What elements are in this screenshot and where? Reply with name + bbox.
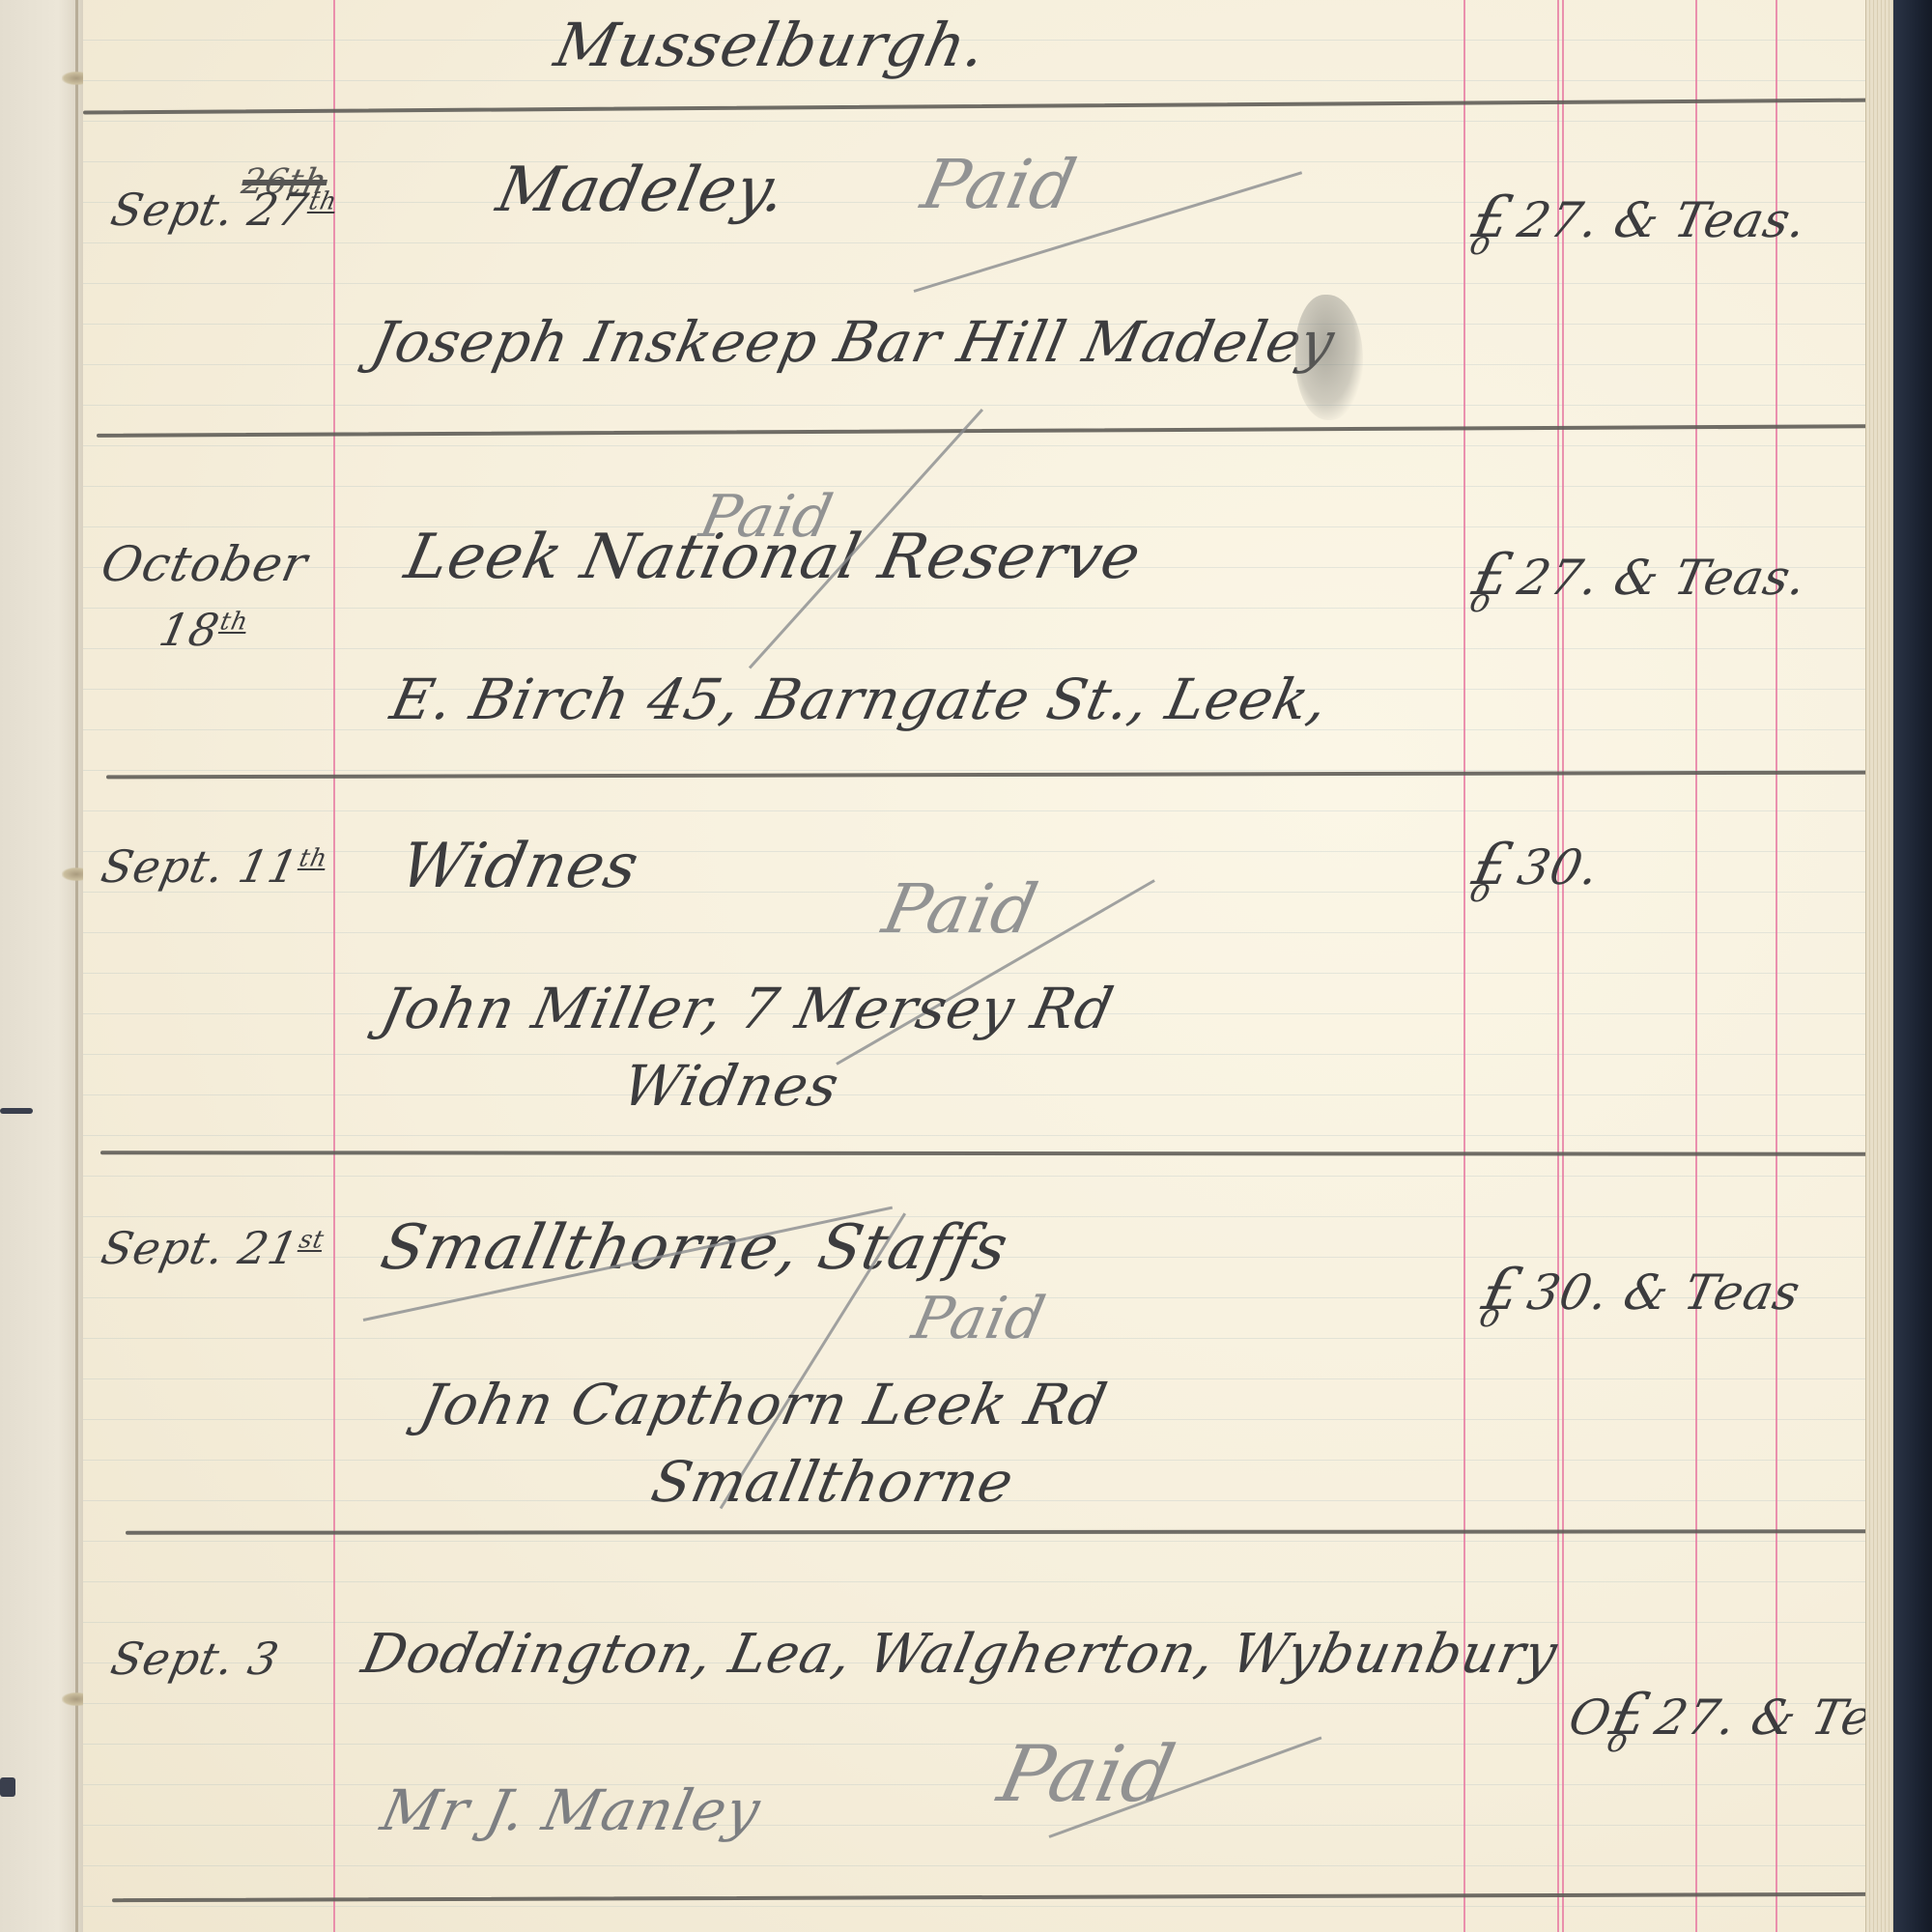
ledger-page: Musselburgh. Sept. 27th 26th Madeley. Pa…	[83, 0, 1886, 1932]
margin-rule	[333, 0, 335, 1932]
row-divider	[97, 424, 1886, 438]
entry-contact: John Capthorn Leek Rd	[414, 1372, 1114, 1437]
row-divider	[112, 1892, 1886, 1902]
entry-contact: Joseph Inskeep Bar Hill Madeley	[366, 309, 1341, 375]
pounds-shillings-symbol: £o	[1467, 541, 1520, 609]
entry-contact-line2: Widnes	[617, 1053, 845, 1119]
entry-date: Sept. 11th	[97, 840, 330, 893]
entry-date-struck: 26th	[239, 162, 331, 202]
entry-contact-line2: Smallthorne	[646, 1449, 1020, 1515]
entry-date: Sept. 3	[106, 1633, 284, 1685]
entry-amount: £o30. & Teas	[1477, 1256, 1807, 1323]
entry-amount: £o27. & Teas.	[1467, 541, 1814, 609]
column-rule-double-b	[1562, 0, 1564, 1932]
column-rule	[1695, 0, 1697, 1932]
book-cover	[1893, 0, 1932, 1932]
row-divider	[100, 1151, 1886, 1156]
pounds-shillings-symbol: £o	[1467, 184, 1520, 251]
pounds-shillings-symbol: £o	[1467, 831, 1520, 898]
page-edges	[1865, 0, 1893, 1932]
entry-place: Doddington, Lea, Walgherton, Wybunbury	[356, 1623, 1563, 1686]
facing-page-ink-mark	[0, 1108, 33, 1114]
row-divider	[126, 1529, 1886, 1535]
entry-date: October	[97, 536, 313, 592]
row-divider	[83, 98, 1886, 114]
entry-place: Madeley.	[491, 155, 793, 226]
row-divider	[106, 771, 1886, 780]
previous-entry-fragment: Musselburgh.	[549, 10, 993, 80]
entry-amount: £o30.	[1467, 831, 1607, 898]
paid-mark: Paid	[907, 1285, 1052, 1352]
pounds-shillings-symbol: £o	[1477, 1256, 1529, 1323]
paid-mark: Paid	[876, 869, 1044, 949]
facing-page-ink-mark	[0, 1777, 15, 1797]
entry-contact: John Miller, 7 Mersey Rd	[376, 976, 1120, 1041]
entry-date-day: 18th	[155, 604, 251, 656]
entry-contact: Mr J. Manley	[376, 1777, 767, 1843]
facing-page-edge	[0, 0, 83, 1932]
column-rule	[1776, 0, 1777, 1932]
binding-thread	[75, 0, 78, 1932]
entry-amount: £o27. & Teas.	[1467, 184, 1814, 251]
entry-contact: E. Birch 45, Barngate St., Leek,	[385, 667, 1335, 732]
paid-mark: Paid	[991, 1729, 1183, 1819]
ink-stain	[1295, 295, 1363, 420]
paid-mark: Paid	[695, 483, 839, 551]
entry-date: Sept. 21st	[97, 1222, 327, 1274]
paid-mark: Paid	[915, 145, 1083, 224]
entry-place: Widnes	[394, 831, 645, 902]
